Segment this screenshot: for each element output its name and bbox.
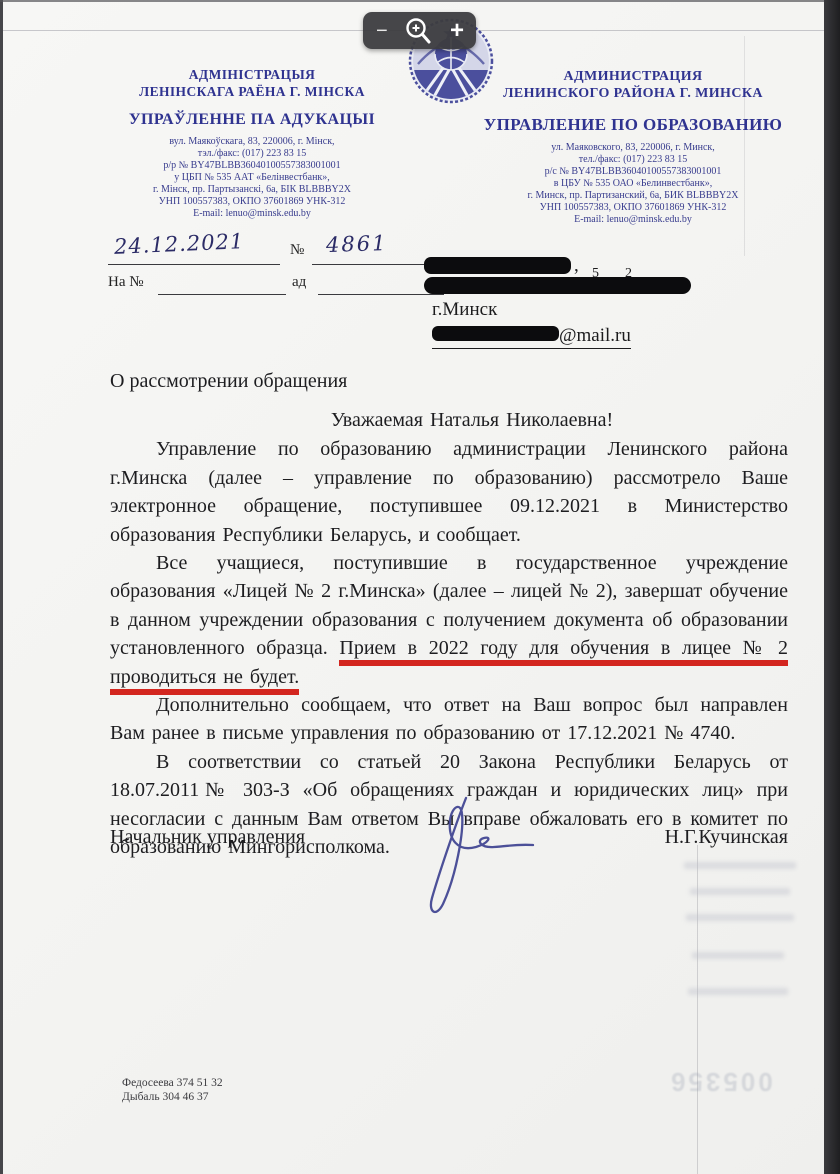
- org-name-by-line1: АДМІНІСТРАЦЫЯ: [104, 66, 400, 83]
- org-name-ru-line2: ЛЕНИНСКОГО РАЙОНА Г. МИНСКА: [468, 85, 798, 102]
- org-name-by-line2: ЛЕНІНСКАГА РАЁНА Г. МІНСКА: [104, 83, 400, 100]
- letterhead-right: АДМИНИСТРАЦИЯ ЛЕНИНСКОГО РАЙОНА Г. МИНСК…: [468, 68, 798, 226]
- incoming-number-label: На №: [108, 274, 144, 291]
- detail-line: тэл./факс: (017) 223 83 15: [104, 148, 400, 160]
- org-details-ru: ул. Маяковского, 83, 220006, г. Минск, т…: [468, 142, 798, 226]
- body-paragraph-1: Управление по образованию администрации …: [110, 435, 788, 549]
- email-domain: @mail.ru: [559, 325, 631, 346]
- scanned-letter-page: − + АДМІНІСТРАЦЫЯ ЛЕНІНСКАГА РАЁНА Г. МІ…: [0, 0, 840, 1174]
- signer-name: Н.Г.Кучинская: [665, 826, 788, 849]
- org-name-ru-line1: АДМИНИСТРАЦИЯ: [468, 68, 798, 85]
- redaction-bar: [424, 277, 691, 294]
- viewer-zoom-toolbar: − +: [363, 12, 476, 49]
- detail-line: E-mail: lenuo@minsk.edu.by: [104, 208, 400, 220]
- bleed-through-text: [684, 862, 796, 869]
- comma-fragment: ,: [574, 255, 579, 277]
- magnifier-icon[interactable]: [402, 16, 436, 50]
- detail-line: в ЦБУ № 535 ОАО «Белинвестбанк»,: [468, 178, 798, 190]
- bleed-through-text: [692, 952, 784, 959]
- detail-line: г. Мінск, пр. Партызанскі, 6а, БІК BLBBB…: [104, 184, 400, 196]
- salutation: Уважаемая Наталья Николаевна!: [110, 406, 788, 434]
- dept-name-by: УПРАЎЛЕННЕ ПА АДУКАЦЫІ: [104, 111, 400, 129]
- detail-line: УНП 100557383, ОКПО 37601869 УНК-312: [104, 196, 400, 208]
- incoming-number-underline: [158, 294, 286, 295]
- bleed-through-text: [690, 888, 790, 895]
- signer-title: Начальник управления: [110, 826, 305, 849]
- detail-line: вул. Маякоўскага, 83, 220006, г. Мінск,: [104, 136, 400, 148]
- redaction-bar: [424, 257, 571, 274]
- handwritten-date: 24.12.2021: [114, 229, 245, 259]
- number-underline: [312, 264, 440, 265]
- redaction-bar: [432, 326, 559, 341]
- bleed-through-text: [686, 914, 794, 921]
- zoom-in-button[interactable]: +: [448, 19, 466, 43]
- footer-contacts: Федосеева 374 51 32 Дыбаль 304 46 37: [122, 1076, 223, 1104]
- letterhead-left: АДМІНІСТРАЦЫЯ ЛЕНІНСКАГА РАЁНА Г. МІНСКА…: [104, 66, 400, 220]
- executor-contact: Дыбаль 304 46 37: [122, 1090, 223, 1104]
- bleed-through-number: 005356: [668, 1066, 773, 1097]
- detail-line: р/с № BY47BLBB36040100557383001001: [468, 166, 798, 178]
- body-paragraph-2: Все учащиеся, поступившие в государствен…: [110, 549, 788, 691]
- detail-line: E-mail: lenuo@minsk.edu.by: [468, 214, 798, 226]
- executor-contact: Федосеева 374 51 32: [122, 1076, 223, 1090]
- dept-name-ru: УПРАВЛЕНИЕ ПО ОБРАЗОВАНИЮ: [468, 115, 798, 135]
- org-details-by: вул. Маякоўскага, 83, 220006, г. Мінск, …: [104, 136, 400, 220]
- recipient-city: г.Минск: [432, 299, 497, 321]
- page-edge-right: [824, 0, 840, 1174]
- handwritten-signature: [388, 792, 558, 922]
- date-underline: [108, 264, 280, 265]
- detail-line: УНП 100557383, ОКПО 37601869 УНК-312: [468, 202, 798, 214]
- handwritten-number: 4861: [326, 231, 388, 257]
- number-sign-label: №: [290, 242, 304, 259]
- reference-block: 24.12.2021 № 4861 На № ад: [108, 236, 448, 306]
- incoming-date-underline: [318, 294, 444, 295]
- body-paragraph-3: Дополнительно сообщаем, что ответ на Ваш…: [110, 691, 788, 748]
- bleed-through-text: [688, 988, 788, 995]
- page-edge-left: [0, 0, 3, 1174]
- subject-line: О рассмотрении обращения: [110, 370, 347, 393]
- detail-line: тел./факс: (017) 223 83 15: [468, 154, 798, 166]
- detail-line: р/р № BY47BLBB36040100557383001001: [104, 160, 400, 172]
- incoming-date-label: ад: [292, 274, 306, 291]
- detail-line: ул. Маяковского, 83, 220006, г. Минск,: [468, 142, 798, 154]
- zoom-out-button[interactable]: −: [373, 21, 391, 41]
- detail-line: у ЦБП № 535 ААТ «Белінвестбанк»,: [104, 172, 400, 184]
- detail-line: г. Минск, пр. Партизанский, 6а, БИК BLBB…: [468, 190, 798, 202]
- page-edge-top: [0, 0, 840, 2]
- recipient-email: @mail.ru: [432, 325, 631, 349]
